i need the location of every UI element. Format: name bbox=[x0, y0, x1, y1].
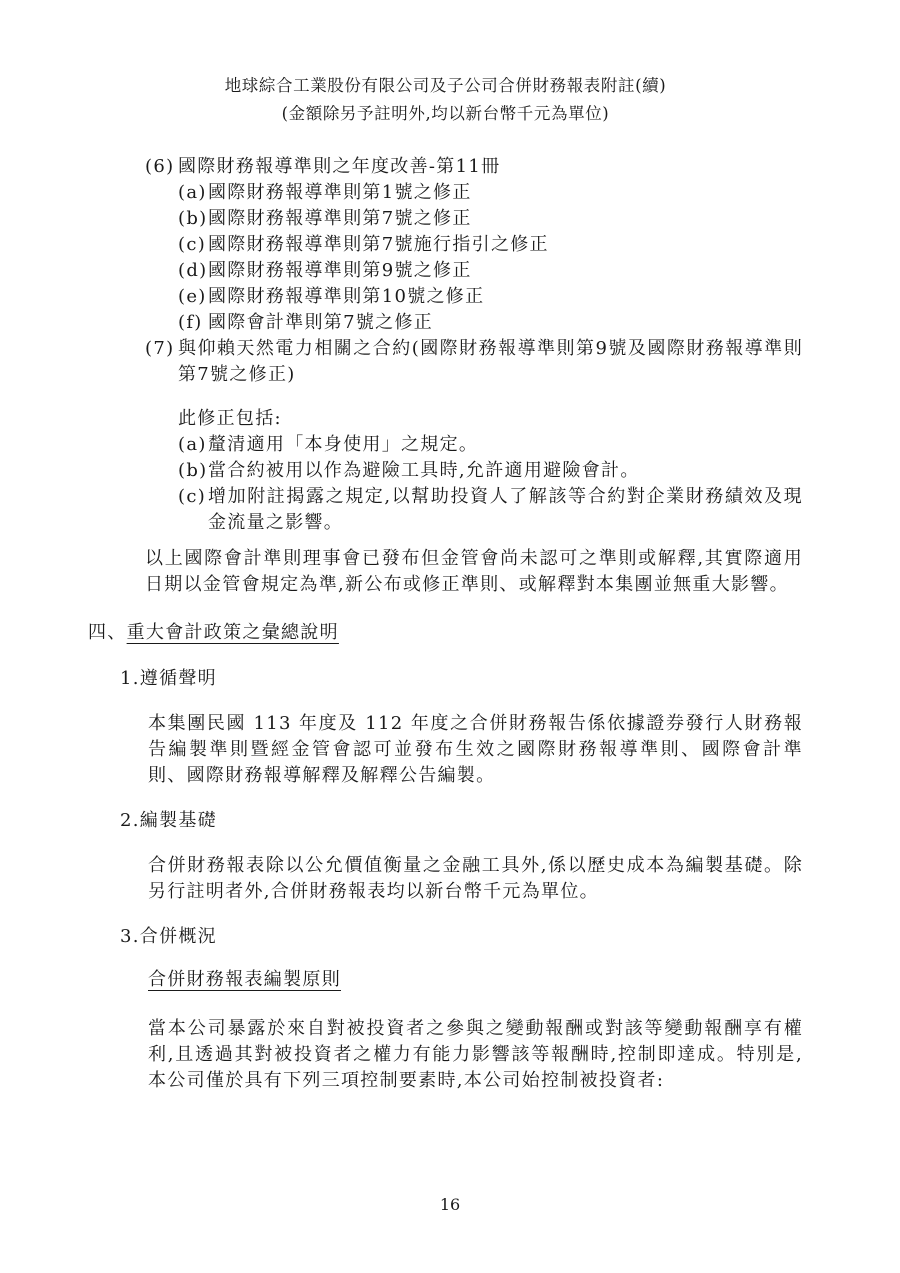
page-number: 16 bbox=[0, 1192, 900, 1218]
list-item: (d) 國際財務報導準則第9號之修正 bbox=[178, 258, 803, 284]
list-item: (e) 國際財務報導準則第10號之修正 bbox=[178, 284, 803, 310]
section-four-number: 四、 bbox=[88, 620, 127, 646]
list-item-text: 釐清適用「本身使用」之規定。 bbox=[208, 432, 803, 458]
item-6-sublist: (a) 國際財務報導準則第1號之修正 (b) 國際財務報導準則第7號之修正 (c… bbox=[178, 180, 803, 336]
list-item-label: (a) bbox=[178, 432, 208, 458]
list-item-label: (e) bbox=[178, 284, 208, 310]
list-item: (f) 國際會計準則第7號之修正 bbox=[178, 310, 803, 336]
list-item-label: (f) bbox=[178, 310, 208, 336]
section-four-heading: 四、 重大會計政策之彙總說明 bbox=[88, 620, 803, 646]
list-item-label: (a) bbox=[178, 180, 208, 206]
subsection-3-title: 合併概況 bbox=[140, 924, 217, 950]
list-item-text: 國際財務報導準則第1號之修正 bbox=[208, 180, 803, 206]
document-header: 地球綜合工業股份有限公司及子公司合併財務報表附註(續) (金額除另予註明外,均以… bbox=[88, 72, 803, 128]
list-item-label: (c) bbox=[178, 232, 208, 258]
list-item-text: 當合約被用以作為避險工具時,允許適用避險會計。 bbox=[208, 458, 803, 484]
subsection-2-number: 2. bbox=[120, 808, 140, 834]
document-page: 地球綜合工業股份有限公司及子公司合併財務報表附註(續) (金額除另予註明外,均以… bbox=[0, 0, 900, 1273]
item-7-sublist: (a) 釐清適用「本身使用」之規定。 (b) 當合約被用以作為避險工具時,允許適… bbox=[178, 432, 803, 536]
document-title: 地球綜合工業股份有限公司及子公司合併財務報表附註(續) bbox=[88, 72, 803, 100]
item-7-body: 此修正包括: (a) 釐清適用「本身使用」之規定。 (b) 當合約被用以作為避險… bbox=[88, 406, 803, 536]
item-7-number: (7) bbox=[145, 336, 178, 388]
list-item: (b) 當合約被用以作為避險工具時,允許適用避險會計。 bbox=[178, 458, 803, 484]
subsection-3-number: 3. bbox=[120, 924, 140, 950]
list-item-text: 國際財務報導準則第9號之修正 bbox=[208, 258, 803, 284]
section-item-6: (6) 國際財務報導準則之年度改善-第11冊 bbox=[145, 154, 803, 180]
list-item-text: 國際財務報導準則第7號之修正 bbox=[208, 206, 803, 232]
list-item-text: 國際財務報導準則第7號施行指引之修正 bbox=[208, 232, 803, 258]
item-7-title: 與仰賴天然電力相關之合約(國際財務報導準則第9號及國際財務報導準則第7號之修正) bbox=[178, 336, 803, 388]
subsection-2-paragraph: 合併財務報表除以公允價值衡量之金融工具外,係以歷史成本為編製基礎。除另行註明者外… bbox=[148, 853, 803, 905]
section-item-7: (7) 與仰賴天然電力相關之合約(國際財務報導準則第9號及國際財務報導準則第7號… bbox=[145, 336, 803, 388]
item-6-title: 國際財務報導準則之年度改善-第11冊 bbox=[178, 154, 803, 180]
subsection-1-paragraph: 本集團民國 113 年度及 112 年度之合併財務報告係依據證券發行人財務報告編… bbox=[148, 711, 803, 789]
section-four-title: 重大會計政策之彙總說明 bbox=[127, 620, 339, 646]
subsection-1-heading: 1. 遵循聲明 bbox=[120, 666, 803, 692]
subsection-1-title: 遵循聲明 bbox=[140, 666, 217, 692]
list-item-label: (c) bbox=[178, 484, 208, 536]
list-item-label: (d) bbox=[178, 258, 208, 284]
item-6-number: (6) bbox=[145, 154, 178, 180]
list-item: (b) 國際財務報導準則第7號之修正 bbox=[178, 206, 803, 232]
subsection-3-subheading: 合併財務報表編製原則 bbox=[148, 967, 803, 993]
list-item-label: (b) bbox=[178, 458, 208, 484]
list-item: (c) 增加附註揭露之規定,以幫助投資人了解該等合約對企業財務績效及現金流量之影… bbox=[178, 484, 803, 536]
list-item: (a) 釐清適用「本身使用」之規定。 bbox=[178, 432, 803, 458]
list-item: (a) 國際財務報導準則第1號之修正 bbox=[178, 180, 803, 206]
item-7-intro: 此修正包括: bbox=[178, 406, 803, 432]
list-item: (c) 國際財務報導準則第7號施行指引之修正 bbox=[178, 232, 803, 258]
subsection-3-paragraph: 當本公司暴露於來自對被投資者之參與之變動報酬或對該等變動報酬享有權利,且透過其對… bbox=[148, 1016, 803, 1094]
document-subtitle: (金額除另予註明外,均以新台幣千元為單位) bbox=[88, 100, 803, 128]
subsection-3-heading: 3. 合併概況 bbox=[120, 924, 803, 950]
list-item-text: 國際會計準則第7號之修正 bbox=[208, 310, 803, 336]
subsection-1-number: 1. bbox=[120, 666, 140, 692]
list-item-text: 增加附註揭露之規定,以幫助投資人了解該等合約對企業財務績效及現金流量之影響。 bbox=[208, 484, 803, 536]
list-item-label: (b) bbox=[178, 206, 208, 232]
closing-paragraph: 以上國際會計準則理事會已發布但金管會尚未認可之準則或解釋,其實際適用日期以金管會… bbox=[145, 546, 803, 598]
subsection-2-title: 編製基礎 bbox=[140, 808, 217, 834]
list-item-text: 國際財務報導準則第10號之修正 bbox=[208, 284, 803, 310]
subsection-2-heading: 2. 編製基礎 bbox=[120, 808, 803, 834]
